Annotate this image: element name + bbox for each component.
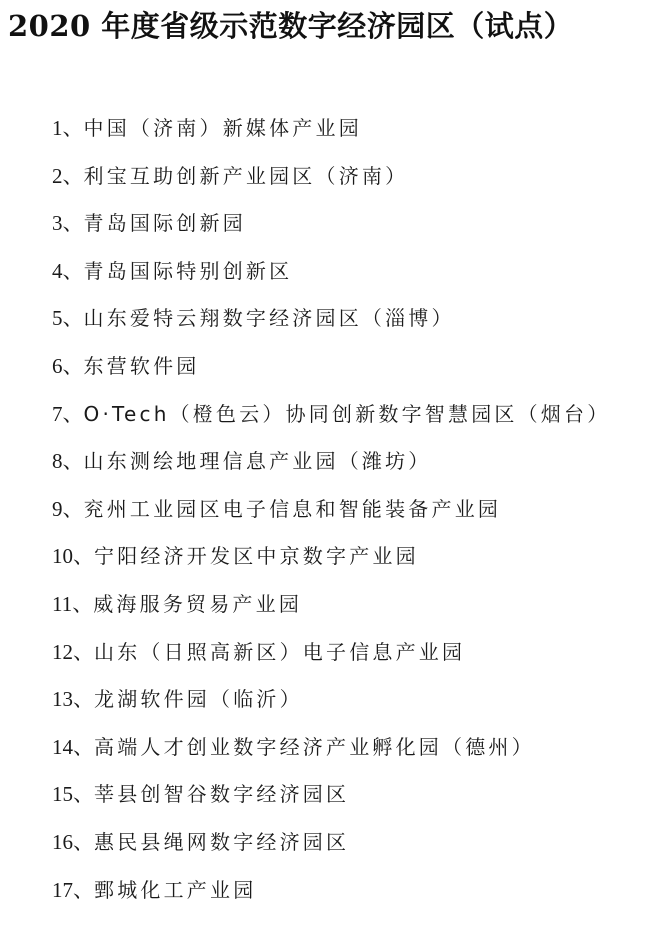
list-item: 3、青岛国际创新园 xyxy=(52,203,652,251)
item-number: 16、 xyxy=(52,830,94,854)
item-number: 11、 xyxy=(52,592,93,616)
list-item: 14、高端人才创业数字经济产业孵化园（德州） xyxy=(52,727,652,775)
item-text: 山东爱特云翔数字经济园区（淄博） xyxy=(84,306,455,330)
list-item: 5、山东爱特云翔数字经济园区（淄博） xyxy=(52,298,652,346)
list-item: 13、龙湖软件园（临沂） xyxy=(52,679,652,727)
item-number: 10、 xyxy=(52,544,94,568)
list-item: 11、威海服务贸易产业园 xyxy=(52,584,652,632)
item-number: 5、 xyxy=(52,306,84,330)
document-title: 2020 年度省级示范数字经济园区（试点） xyxy=(8,4,652,48)
item-number: 13、 xyxy=(52,687,94,711)
item-text: 山东测绘地理信息产业园（潍坊） xyxy=(84,449,432,473)
list-item: 9、兖州工业园区电子信息和智能装备产业园 xyxy=(52,489,652,537)
item-text: 青岛国际特别创新区 xyxy=(84,259,293,283)
item-text: 高端人才创业数字经济产业孵化园（德州） xyxy=(94,735,535,759)
item-text: 威海服务贸易产业园 xyxy=(93,592,302,616)
item-number: 12、 xyxy=(52,640,94,664)
item-number: 14、 xyxy=(52,735,94,759)
item-text: O·Tech（橙色云）协同创新数字智慧园区（烟台） xyxy=(84,402,611,426)
item-number: 7、 xyxy=(52,402,84,426)
item-text: 利宝互助创新产业园区（济南） xyxy=(84,164,409,188)
item-number: 15、 xyxy=(52,782,94,806)
list-item: 1、中国（济南）新媒体产业园 xyxy=(52,108,652,156)
item-number: 2、 xyxy=(52,164,84,188)
item-text: 惠民县绳网数字经济园区 xyxy=(94,830,349,854)
item-number: 17、 xyxy=(52,878,94,902)
list-item: 7、O·Tech（橙色云）协同创新数字智慧园区（烟台） xyxy=(52,394,652,442)
item-number: 6、 xyxy=(52,354,84,378)
item-number: 1、 xyxy=(52,116,84,140)
item-number: 8、 xyxy=(52,449,84,473)
item-number: 9、 xyxy=(52,497,84,521)
list-item: 17、鄄城化工产业园 xyxy=(52,870,652,918)
list-item: 16、惠民县绳网数字经济园区 xyxy=(52,822,652,870)
item-number: 3、 xyxy=(52,211,84,235)
item-text: 宁阳经济开发区中京数字产业园 xyxy=(94,544,419,568)
list-item: 4、青岛国际特别创新区 xyxy=(52,251,652,299)
item-text: 鄄城化工产业园 xyxy=(94,878,256,902)
list-item: 2、利宝互助创新产业园区（济南） xyxy=(52,156,652,204)
park-list: 1、中国（济南）新媒体产业园 2、利宝互助创新产业园区（济南） 3、青岛国际创新… xyxy=(52,108,652,917)
list-item: 10、宁阳经济开发区中京数字产业园 xyxy=(52,536,652,584)
item-text: 青岛国际创新园 xyxy=(84,211,246,235)
item-text: 中国（济南）新媒体产业园 xyxy=(84,116,362,140)
item-text: 龙湖软件园（临沂） xyxy=(94,687,303,711)
list-item: 6、东营软件园 xyxy=(52,346,652,394)
item-text: 山东（日照高新区）电子信息产业园 xyxy=(94,640,465,664)
list-item: 8、山东测绘地理信息产业园（潍坊） xyxy=(52,441,652,489)
list-item: 12、山东（日照高新区）电子信息产业园 xyxy=(52,632,652,680)
item-text: 莘县创智谷数字经济园区 xyxy=(94,782,349,806)
list-item: 15、莘县创智谷数字经济园区 xyxy=(52,774,652,822)
item-text: 兖州工业园区电子信息和智能装备产业园 xyxy=(84,497,502,521)
item-text: 东营软件园 xyxy=(84,354,200,378)
item-number: 4、 xyxy=(52,259,84,283)
